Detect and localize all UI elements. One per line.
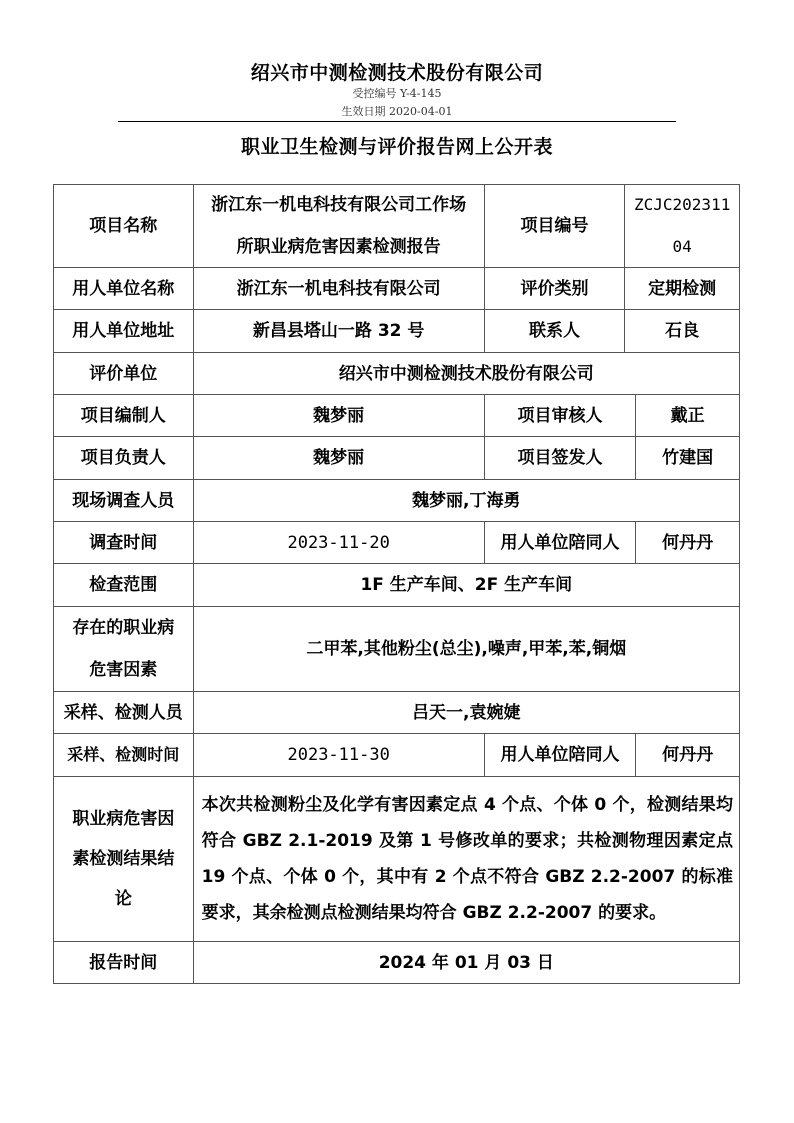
disclosure-table: 项目名称 浙江东一机电科技有限公司工作场所职业病危害因素检测报告 项目编号 ZC… bbox=[53, 184, 740, 984]
sample-time-label: 采样、检测时间 bbox=[54, 734, 194, 776]
row-project-name: 项目名称 浙江东一机电科技有限公司工作场所职业病危害因素检测报告 项目编号 ZC… bbox=[53, 184, 740, 268]
row-eval-unit: 评价单位 绍兴市中测检测技术股份有限公司 bbox=[53, 353, 740, 395]
employer-address-value: 新昌县塔山一路 32 号 bbox=[194, 310, 485, 352]
leader-label: 项目负责人 bbox=[54, 437, 194, 479]
reviewer-label: 项目审核人 bbox=[485, 395, 637, 436]
companion2-value: 何丹丹 bbox=[636, 734, 739, 776]
report-time-value: 2024 年 01 月 03 日 bbox=[194, 942, 739, 983]
eval-type-label: 评价类别 bbox=[485, 268, 626, 309]
eval-unit-value: 绍兴市中测检测技术股份有限公司 bbox=[194, 353, 739, 394]
row-hazards: 存在的职业病危害因素 二甲苯,其他粉尘(总尘),噪声,甲苯,苯,铜烟 bbox=[53, 607, 740, 692]
row-sample-time: 采样、检测时间 2023-11-30 用人单位陪同人 何丹丹 bbox=[53, 734, 740, 777]
samplers-label: 采样、检测人员 bbox=[54, 692, 194, 733]
contact-label: 联系人 bbox=[485, 310, 626, 352]
header-rule bbox=[118, 121, 676, 122]
row-leader: 项目负责人 魏梦丽 项目签发人 竹建国 bbox=[53, 437, 740, 480]
project-no-value: ZCJC20231104 bbox=[625, 185, 739, 267]
employer-address-label: 用人单位地址 bbox=[54, 310, 194, 352]
row-employer-address: 用人单位地址 新昌县塔山一路 32 号 联系人 石良 bbox=[53, 310, 740, 353]
project-no-label: 项目编号 bbox=[485, 185, 626, 267]
scope-value: 1F 生产车间、2F 生产车间 bbox=[194, 564, 739, 606]
row-scope: 检查范围 1F 生产车间、2F 生产车间 bbox=[53, 564, 740, 607]
survey-time-value: 2023-11-20 bbox=[194, 522, 485, 563]
control-number: 受控编号 Y-4-145 bbox=[0, 85, 794, 101]
hazards-value: 二甲苯,其他粉尘(总尘),噪声,甲苯,苯,铜烟 bbox=[194, 607, 739, 691]
scope-label: 检查范围 bbox=[54, 564, 194, 606]
eval-type-value: 定期检测 bbox=[625, 268, 739, 309]
companion1-label: 用人单位陪同人 bbox=[485, 522, 637, 563]
project-name-label: 项目名称 bbox=[54, 185, 194, 267]
report-time-label: 报告时间 bbox=[54, 942, 194, 983]
leader-value: 魏梦丽 bbox=[194, 437, 485, 479]
issuer-label: 项目签发人 bbox=[485, 437, 637, 479]
issuer-value: 竹建国 bbox=[636, 437, 739, 479]
companion1-value: 何丹丹 bbox=[636, 522, 739, 563]
row-samplers: 采样、检测人员 吕天一,袁婉婕 bbox=[53, 692, 740, 734]
compiler-label: 项目编制人 bbox=[54, 395, 194, 436]
conclusion-label: 职业病危害因素检测结果结论 bbox=[54, 777, 194, 941]
effective-date: 生效日期 2020-04-01 bbox=[0, 103, 794, 119]
contact-value: 石良 bbox=[625, 310, 739, 352]
page-title: 职业卫生检测与评价报告网上公开表 bbox=[0, 132, 794, 159]
row-conclusion: 职业病危害因素检测结果结论 本次共检测粉尘及化学有害因素定点 4 个点、个体 0… bbox=[53, 777, 740, 942]
employer-name-value: 浙江东一机电科技有限公司 bbox=[194, 268, 485, 309]
companion2-label: 用人单位陪同人 bbox=[485, 734, 637, 776]
samplers-value: 吕天一,袁婉婕 bbox=[194, 692, 739, 733]
row-surveyors: 现场调查人员 魏梦丽,丁海勇 bbox=[53, 480, 740, 522]
conclusion-value: 本次共检测粉尘及化学有害因素定点 4 个点、个体 0 个，检测结果均符合 GBZ… bbox=[194, 777, 739, 941]
surveyors-value: 魏梦丽,丁海勇 bbox=[194, 480, 739, 521]
reviewer-value: 戴正 bbox=[636, 395, 739, 436]
surveyors-label: 现场调查人员 bbox=[54, 480, 194, 521]
project-name-value: 浙江东一机电科技有限公司工作场所职业病危害因素检测报告 bbox=[194, 185, 485, 267]
sample-time-value: 2023-11-30 bbox=[194, 734, 485, 776]
hazards-label: 存在的职业病危害因素 bbox=[54, 607, 194, 691]
row-survey-time: 调查时间 2023-11-20 用人单位陪同人 何丹丹 bbox=[53, 522, 740, 564]
compiler-value: 魏梦丽 bbox=[194, 395, 485, 436]
row-report-time: 报告时间 2024 年 01 月 03 日 bbox=[53, 942, 740, 984]
survey-time-label: 调查时间 bbox=[54, 522, 194, 563]
eval-unit-label: 评价单位 bbox=[54, 353, 194, 394]
row-employer-name: 用人单位名称 浙江东一机电科技有限公司 评价类别 定期检测 bbox=[53, 268, 740, 310]
employer-name-label: 用人单位名称 bbox=[54, 268, 194, 309]
row-compiler: 项目编制人 魏梦丽 项目审核人 戴正 bbox=[53, 395, 740, 437]
company-name: 绍兴市中测检测技术股份有限公司 bbox=[0, 58, 794, 85]
